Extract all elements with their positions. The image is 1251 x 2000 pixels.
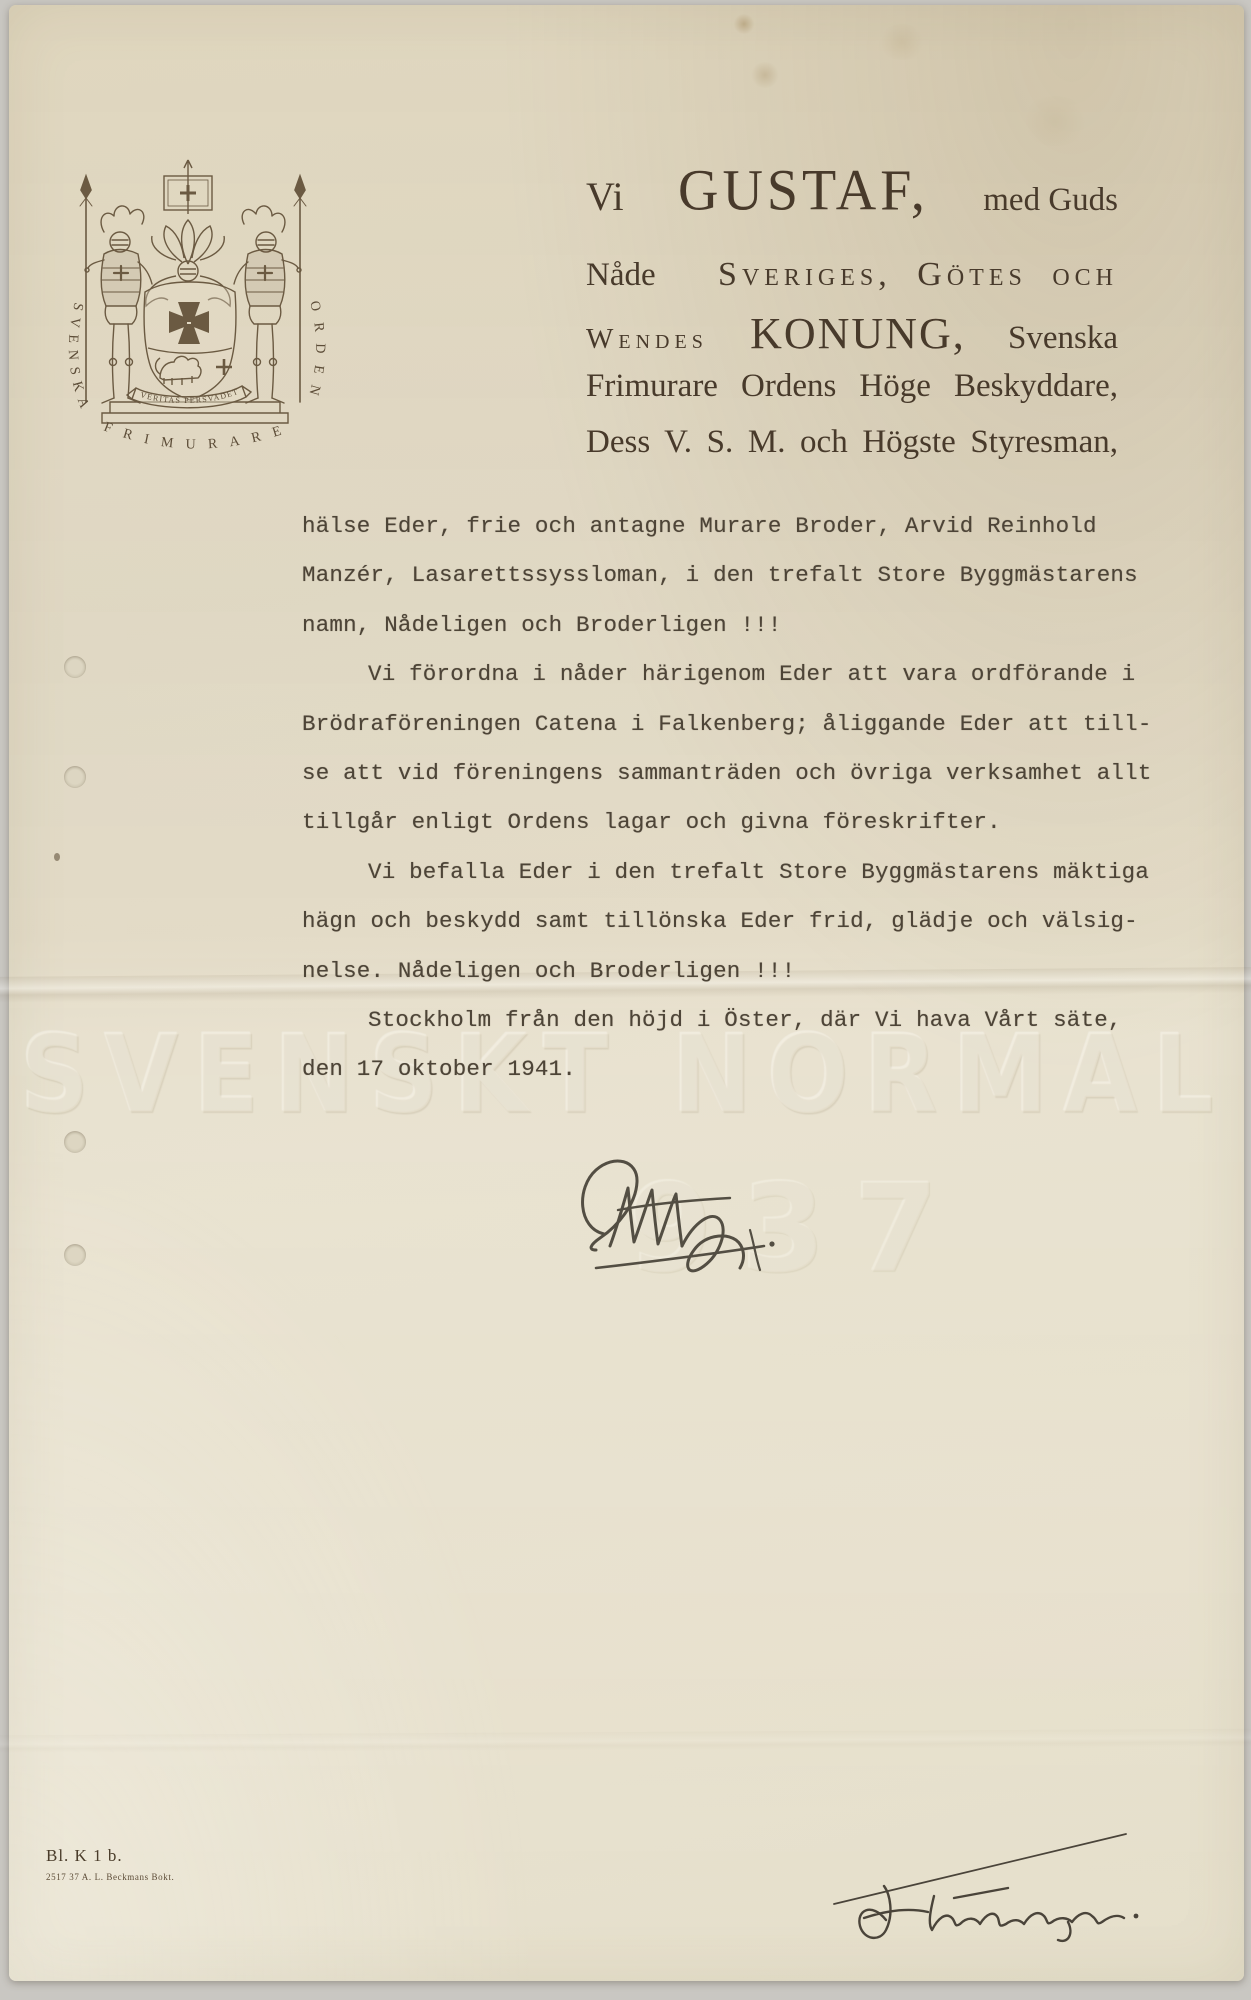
emblem-text-orden: ORDEN	[305, 300, 328, 400]
typed-line: Brödraföreningen Catena i Falkenberg; ål…	[302, 700, 1142, 749]
typed-line: se att vid föreningens sammanträden och …	[302, 749, 1142, 798]
typed-line: hälse Eder, frie och antagne Murare Brod…	[302, 502, 1142, 551]
letterhead-line-2: Nåde Sveriges, Götes och	[586, 256, 1118, 294]
typed-line: Vi befalla Eder i den trefalt Store Bygg…	[302, 848, 1142, 897]
typed-line: den 17 oktober 1941.	[302, 1045, 1142, 1094]
letterhead-nade: Nåde	[586, 257, 656, 294]
typed-line: nelse. Nådeligen och Broderligen !!!	[302, 947, 1142, 996]
letterhead-line1-tail: med Guds	[983, 182, 1118, 219]
letterhead-line-1: Vi GUSTAF, med Guds	[586, 160, 1118, 224]
typed-line: namn, Nådeligen och Broderligen !!!	[302, 601, 1142, 650]
banner-cross-icon	[180, 185, 196, 201]
punch-hole	[64, 766, 86, 788]
emblem-text-svenska: SVENSKA	[65, 301, 93, 413]
form-number: Bl. K 1 b.	[46, 1846, 174, 1866]
royal-name: GUSTAF,	[678, 157, 929, 224]
form-imprint: Bl. K 1 b. 2517 37 A. L. Beckmans Bokt.	[46, 1846, 174, 1882]
royal-signature-gustaf	[552, 1138, 802, 1303]
typewritten-body: hälse Eder, frie och antagne Murare Brod…	[302, 502, 1142, 1095]
letterhead-konung: KONUNG,	[750, 308, 966, 359]
letterhead-line-3: Wendes KONUNG, Svenska	[586, 308, 1118, 359]
typed-line: Stockholm från den höjd i Öster, där Vi …	[302, 996, 1142, 1045]
countersignature-script	[859, 1886, 1124, 1941]
typed-line: Vi förordna i nåder härigenom Eder att v…	[302, 650, 1142, 699]
crest-plumes	[152, 220, 225, 264]
order-coat-of-arms: VERITAS PERSVADET SVENSKA ORDEN FRIMURAR…	[48, 152, 358, 454]
ink-speck	[54, 853, 60, 861]
letterhead-line-4: Frimurare Ordens Höge Beskyddare,	[586, 368, 1118, 405]
emblem-text-frimurare: FRIMURARE	[102, 420, 287, 453]
scanned-letter-photo: SVENSKT NORMAL 2 LFS 937	[0, 0, 1251, 2000]
typed-line: Manzér, Lasarettssyssloman, i den trefal…	[302, 551, 1142, 600]
punch-hole	[64, 1131, 86, 1153]
punch-hole	[64, 1244, 86, 1266]
letterhead-line-5: Dess V. S. M. och Högste Styresman,	[586, 424, 1118, 461]
letterhead-svenska: Svenska	[1008, 320, 1118, 357]
countersignature	[768, 1770, 1248, 1950]
letterhead-wendes: Wendes	[586, 323, 708, 356]
typed-line: tillgår enligt Ordens lagar och givna fö…	[302, 798, 1142, 847]
printer-imprint: 2517 37 A. L. Beckmans Bokt.	[46, 1872, 174, 1882]
letterhead-vi: Vi	[586, 173, 624, 220]
typed-line: hägn och beskydd samt tillönska Eder fri…	[302, 897, 1142, 946]
punch-hole	[64, 656, 86, 678]
letterhead-realms: Sveriges, Götes och	[718, 256, 1118, 294]
